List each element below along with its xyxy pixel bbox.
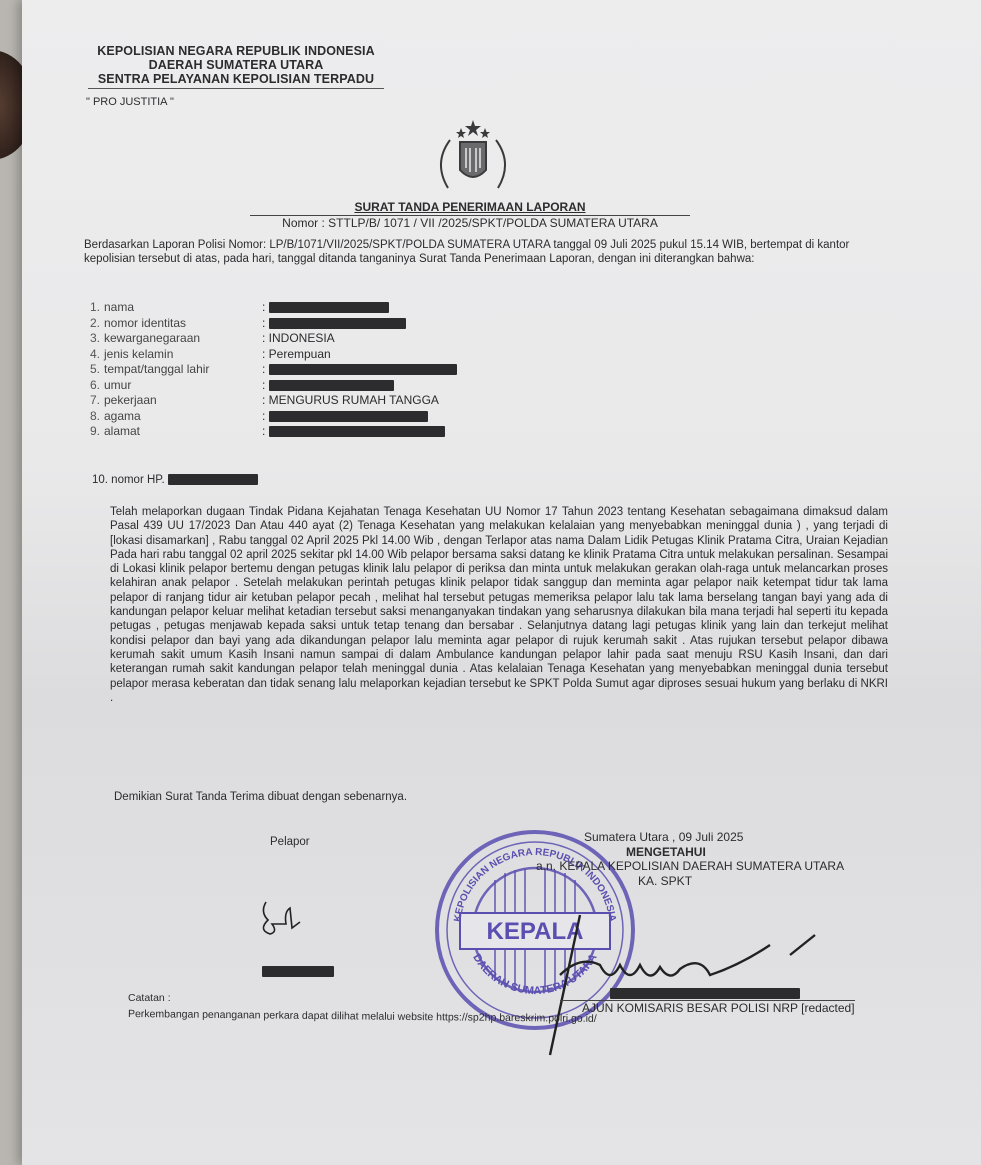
letterhead-rule <box>88 88 384 89</box>
field-label: nomor identitas <box>104 316 262 332</box>
field-value-redacted: : <box>262 378 842 394</box>
field-value-redacted: : <box>262 316 842 332</box>
field-number: 4. <box>90 347 104 363</box>
document-title: SURAT TANDA PENERIMAAN LAPORAN <box>250 200 690 214</box>
field-value: : INDONESIA <box>262 331 842 347</box>
field-value-redacted: : <box>262 424 842 440</box>
report-body: Telah melaporkan dugaan Tindak Pidana Ke… <box>110 505 888 705</box>
place-date: Sumatera Utara , 09 Juli 2025 <box>584 830 844 845</box>
officer-block: AJUN KOMISARIS BESAR POLISI NRP [redacte… <box>560 986 855 1015</box>
letterhead-line-1: KEPOLISIAN NEGARA REPUBLIK INDONESIA <box>88 44 384 58</box>
field-label: umur <box>104 378 262 394</box>
field-label: agama <box>104 409 262 425</box>
letterhead-line-2: DAERAH SUMATERA UTARA <box>88 58 384 72</box>
field-value-redacted: : <box>262 409 842 425</box>
field-label: kewarganegaraan <box>104 331 262 347</box>
field-row: 3.kewarganegaraan: INDONESIA <box>90 331 842 347</box>
phone-label: 10. nomor HP. <box>92 474 165 486</box>
field-value: : Perempuan <box>262 347 842 363</box>
approval-block: Sumatera Utara , 09 Juli 2025 MENGETAHUI… <box>584 830 844 888</box>
document-title-block: SURAT TANDA PENERIMAAN LAPORAN Nomor : S… <box>250 200 690 230</box>
field-value: : MENGURUS RUMAH TANGGA <box>262 393 842 409</box>
field-label: tempat/tanggal lahir <box>104 362 262 378</box>
letterhead-line-3: SENTRA PELAYANAN KEPOLISIAN TERPADU <box>88 72 384 86</box>
field-row: 5.tempat/tanggal lahir: <box>90 362 842 378</box>
position-title: KA. SPKT <box>584 874 844 889</box>
field-label: pekerjaan <box>104 393 262 409</box>
document-number: Nomor : STTLP/B/ 1071 / VII /2025/SPKT/P… <box>250 215 690 230</box>
intro-paragraph: Berdasarkan Laporan Polisi Nomor: LP/B/1… <box>84 238 884 266</box>
field-number: 3. <box>90 331 104 347</box>
field-label: jenis kelamin <box>104 347 262 363</box>
reporter-label: Pelapor <box>270 836 310 848</box>
field-label: nama <box>104 300 262 316</box>
field-number: 7. <box>90 393 104 409</box>
field-number: 1. <box>90 300 104 316</box>
mengetahui-label: MENGETAHUI <box>584 845 844 860</box>
phone-field: 10. nomor HP. <box>92 474 258 486</box>
field-number: 8. <box>90 409 104 425</box>
letterhead: KEPOLISIAN NEGARA REPUBLIK INDONESIA DAE… <box>88 44 384 89</box>
field-label: alamat <box>104 424 262 440</box>
field-row: 9.alamat: <box>90 424 842 440</box>
field-number: 2. <box>90 316 104 332</box>
field-row: 6.umur: <box>90 378 842 394</box>
field-number: 9. <box>90 424 104 440</box>
field-row: 7.pekerjaan: MENGURUS RUMAH TANGGA <box>90 393 842 409</box>
field-row: 4.jenis kelamin: Perempuan <box>90 347 842 363</box>
field-number: 6. <box>90 378 104 394</box>
reporter-name-redacted <box>262 966 334 978</box>
catatan-label: Catatan : <box>128 992 171 1004</box>
field-row: 2.nomor identitas: <box>90 316 842 332</box>
field-value-redacted: : <box>262 300 842 316</box>
closing-statement: Demikian Surat Tanda Terima dibuat denga… <box>114 791 407 803</box>
police-crest-icon <box>428 118 518 198</box>
reporter-fields: 1.nama: 2.nomor identitas: 3.kewarganega… <box>90 300 842 440</box>
officer-rank: AJUN KOMISARIS BESAR POLISI NRP [redacte… <box>560 1001 855 1015</box>
reporter-signature-icon <box>256 898 306 940</box>
pro-justitia: " PRO JUSTITIA " <box>86 96 174 108</box>
field-row: 8.agama: <box>90 409 842 425</box>
officer-signature-icon <box>540 905 830 1065</box>
field-value-redacted: : <box>262 362 842 378</box>
field-number: 5. <box>90 362 104 378</box>
field-row: 1.nama: <box>90 300 842 316</box>
officer-name-redacted <box>560 986 855 1001</box>
phone-redacted <box>168 474 258 485</box>
sp2hp-link[interactable]: https://sp2hp.bareskrim.polri.go.id/ <box>436 1011 597 1025</box>
office-title: a.n. KEPALA KEPOLISIAN DAERAH SUMATERA U… <box>536 859 844 874</box>
